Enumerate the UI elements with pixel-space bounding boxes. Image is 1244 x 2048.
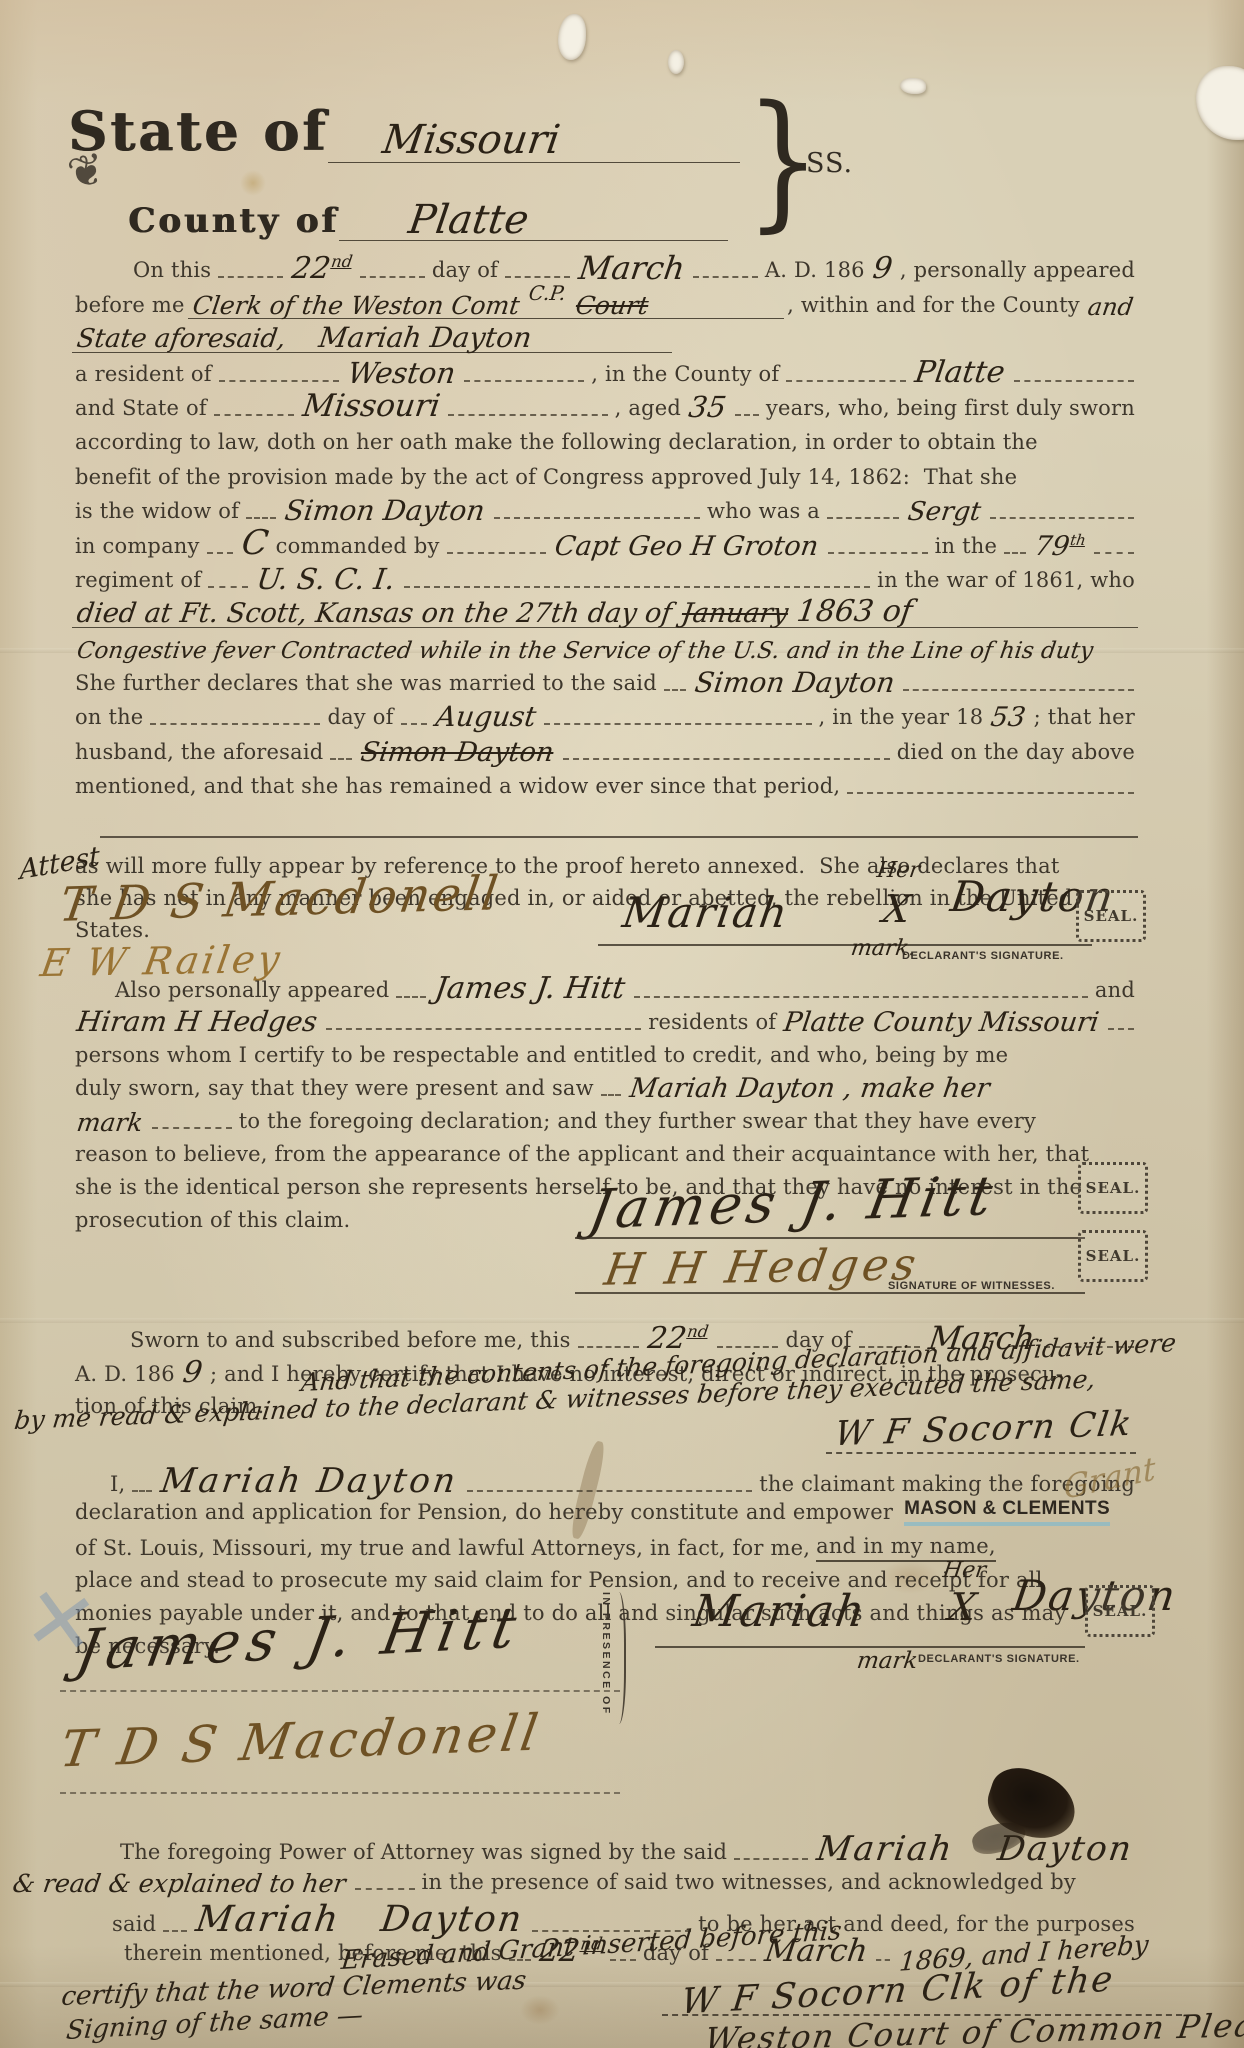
printed-text: place and stead to prosecute my said cla… xyxy=(75,1566,1043,1594)
her-label-handwritten: Her xyxy=(941,1560,987,1582)
witness-residence-handwritten: Platte County Missouri xyxy=(782,1009,1101,1036)
attorney-firm-name: MASON & CLEMENTS xyxy=(904,1498,1110,1526)
struck-word-handwritten: Court xyxy=(574,293,650,318)
seal-icon: SEAL. xyxy=(1076,890,1146,942)
dotted-rule xyxy=(1004,548,1026,554)
claimant-name-handwritten: Mariah Dayton xyxy=(317,324,533,352)
witness-signature-hedges: H H Hedges xyxy=(602,1243,923,1293)
dotted-rule xyxy=(246,513,276,519)
filled-rule: State aforesaid, Mariah Dayton xyxy=(72,324,672,353)
printed-text: and xyxy=(1095,976,1135,1004)
dotted-rule xyxy=(693,272,758,278)
witness2-name-handwritten: Hiram H Hedges xyxy=(75,1008,319,1036)
in-presence-of-label: IN PRESENCE OF xyxy=(600,1592,612,1724)
husband-name-handwritten: Simon Dayton xyxy=(360,739,556,766)
dotted-rule xyxy=(330,754,352,760)
printed-text: is the widow of xyxy=(75,497,239,525)
printed-text: in the presence of said two witnesses, a… xyxy=(422,1868,1076,1896)
stain xyxy=(520,1995,560,2025)
declarant-signature-caption: DECLARANT'S SIGNATURE. xyxy=(918,1653,1080,1665)
mark-word-handwritten: mark xyxy=(75,1110,144,1135)
printed-text: , within and for the County xyxy=(787,291,1080,319)
dotted-rule xyxy=(404,582,870,588)
dotted-rule xyxy=(214,410,294,416)
seal-icon: SEAL. xyxy=(1078,1230,1148,1282)
dotted-rule xyxy=(448,410,607,416)
witness-signature-macdonell: T D S Macdonell xyxy=(57,1707,545,1774)
paper-tear xyxy=(900,78,926,94)
dotted-rule xyxy=(396,992,426,998)
printed-text: to the foregoing declaration; and they f… xyxy=(239,1107,1036,1135)
dotted-rule xyxy=(152,1123,232,1129)
seal-icon: SEAL. xyxy=(1085,1585,1155,1637)
marriage-year-handwritten: 53 xyxy=(989,704,1027,731)
dotted-rule xyxy=(578,1342,640,1348)
claimant-name-handwritten: Mariah Dayton , make her xyxy=(628,1075,991,1102)
dotted-rule xyxy=(544,719,811,725)
dotted-rule xyxy=(990,513,1134,519)
dotted-rule xyxy=(828,548,928,554)
ack-line: & read & explained to her in the presenc… xyxy=(8,1868,1188,1896)
witness-signature-hitt: James J. Hitt xyxy=(585,1169,1001,1238)
declaration-line: according to law, doth on her oath make … xyxy=(72,422,1138,456)
declaration-line: before me Clerk of the Weston Comt C.P. … xyxy=(72,284,1138,318)
printed-text: Also personally appeared xyxy=(115,976,389,1004)
printed-text: years, who, being first duly sworn xyxy=(766,394,1135,422)
printed-text: on the xyxy=(75,703,143,731)
paper-tear xyxy=(558,14,586,60)
printed-text: Sworn to and subscribed before me, this xyxy=(130,1326,571,1354)
handwritten-word: and xyxy=(1086,295,1135,319)
printed-text: who was a xyxy=(707,497,820,525)
rank-handwritten: Sergt xyxy=(906,499,982,525)
witness-signature-caption: SIGNATURE OF WITNESSES. xyxy=(888,1280,1055,1292)
grant-overlay-handwritten: Grant xyxy=(1063,1452,1155,1504)
declarant-signature-caption: DECLARANT'S SIGNATURE. xyxy=(902,950,1064,962)
declaration-line: State aforesaid, Mariah Dayton xyxy=(72,319,1138,353)
declaration-line: She further declares that she was marrie… xyxy=(72,663,1138,697)
declaration-line: on the day of August , in the year 18 53… xyxy=(72,697,1138,731)
dotted-rule xyxy=(467,1486,752,1492)
regiment-number-handwritten: 79th xyxy=(1033,533,1087,560)
printed-text: said xyxy=(112,1910,156,1938)
printed-text: , in the County of xyxy=(591,360,779,388)
inserted-abbrev-handwritten: C.P. xyxy=(528,283,568,303)
filled-rule: died at Ft. Scott, Kansas on the 27th da… xyxy=(72,597,1138,628)
printed-text: of St. Louis, Missouri, my true and lawf… xyxy=(75,1534,810,1562)
claimant-first-handwritten: Mariah xyxy=(814,1832,955,1866)
dotted-rule xyxy=(734,1854,808,1860)
claimant-name-handwritten: Mariah Dayton xyxy=(159,1464,461,1498)
death-place-handwritten: died at Ft. Scott, Kansas on the 27th da… xyxy=(75,600,673,627)
dotted-rule xyxy=(207,548,233,554)
month-value-handwritten: March xyxy=(576,252,686,284)
ack-line: The foregoing Power of Attorney was sign… xyxy=(72,1832,1138,1866)
marriage-month-handwritten: August xyxy=(434,703,538,731)
printed-text: husband, the aforesaid xyxy=(75,738,323,766)
claimant-first-handwritten: Mariah xyxy=(194,1902,343,1938)
printed-text: in company xyxy=(75,532,200,560)
declarant-first-name-handwritten: Mariah xyxy=(690,1590,869,1634)
dotted-rule xyxy=(208,582,248,588)
dotted-rule xyxy=(847,788,1134,794)
dotted-rule xyxy=(876,1955,890,1961)
dotted-rule xyxy=(1014,376,1134,382)
printed-text: in the xyxy=(935,532,998,560)
printed-text: prosecution of this claim. xyxy=(75,1206,350,1234)
printed-text: , aged xyxy=(615,394,681,422)
county-value-handwritten: Platte xyxy=(406,200,531,240)
presence-brace-icon xyxy=(612,1592,626,1724)
state-handwritten: Missouri xyxy=(300,391,441,422)
handwritten-text: State aforesaid, xyxy=(75,326,287,352)
dotted-rule xyxy=(903,685,1134,691)
paper-tear xyxy=(1196,66,1244,140)
death-year-handwritten: 1863 of xyxy=(795,597,914,627)
scanned-pension-declaration-document: State of Missouri ❦ } SS. County of Plat… xyxy=(0,0,1244,2048)
filled-rule: Clerk of the Weston Comt C.P. Court xyxy=(188,293,785,319)
printed-text: before me xyxy=(75,291,185,319)
dotted-rule xyxy=(827,513,899,519)
declarant-x-mark: X xyxy=(946,1588,978,1626)
printed-text: On this xyxy=(133,256,211,284)
section-divider-rule xyxy=(100,836,1138,838)
printed-text: regiment of xyxy=(75,566,201,594)
dotted-rule xyxy=(505,272,570,278)
dotted-rule xyxy=(563,754,890,760)
state-value-handwritten: Missouri xyxy=(380,120,562,160)
printed-text: residents of xyxy=(648,1008,776,1036)
declaration-line: regiment of U. S. C. I. in the war of 18… xyxy=(72,560,1138,594)
declaration-line: Congestive fever Contracted while in the… xyxy=(72,628,1138,662)
printed-text: benefit of the provision made by the act… xyxy=(75,463,1017,491)
printed-text: according to law, doth on her oath make … xyxy=(75,428,1038,456)
claimant-last-handwritten: Dayton xyxy=(378,1902,525,1938)
in-presence-of-block: IN PRESENCE OF xyxy=(600,1592,626,1724)
declarant-x-mark: X xyxy=(880,890,912,928)
cause-of-death-handwritten: Congestive fever Contracted while in the… xyxy=(75,640,1094,663)
printed-text: A. D. 186 xyxy=(765,256,865,284)
her-label-handwritten: Her xyxy=(875,860,921,882)
year-digit-handwritten: 9 xyxy=(871,254,894,284)
declaration-line: in company C commanded by Capt Geo H Gro… xyxy=(72,525,1138,559)
printed-text: died on the day above xyxy=(897,738,1135,766)
dotted-rule xyxy=(1108,1024,1134,1030)
seal-icon: SEAL. xyxy=(1078,1162,1148,1214)
declaration-line: is the widow of Simon Dayton who was a S… xyxy=(72,491,1138,525)
struck-month-handwritten: January xyxy=(680,600,790,627)
printed-text: day of xyxy=(327,703,393,731)
declarant-signature-rule xyxy=(598,944,1092,946)
paper-tear xyxy=(668,50,684,74)
captain-name-handwritten: Capt Geo H Groton xyxy=(554,533,821,560)
printed-text: I, xyxy=(110,1470,125,1498)
dotted-rule xyxy=(355,1884,415,1890)
dotted-rule xyxy=(326,1024,641,1030)
dotted-rule xyxy=(735,410,759,416)
clerk-signature-handwritten: W F Socorn Clk xyxy=(833,1407,1135,1452)
header-county-row: County of Platte xyxy=(128,182,728,241)
declaration-body: On this 22nd day of March A. D. 186 9 , … xyxy=(72,250,1138,800)
dotted-rule xyxy=(716,1955,756,1961)
printed-text: commanded by xyxy=(276,532,440,560)
dotted-rule xyxy=(1094,548,1134,554)
declaration-line: a resident of Weston , in the County of … xyxy=(72,353,1138,387)
printed-text: , personally appeared xyxy=(900,256,1135,284)
printed-text: declaration and application for Pension,… xyxy=(75,1498,893,1526)
declaration-line: died at Ft. Scott, Kansas on the 27th da… xyxy=(72,594,1138,628)
year-digit-handwritten: 9 xyxy=(181,1358,204,1388)
dotted-rule xyxy=(664,685,686,691)
printed-text: duly sworn, say that they were present a… xyxy=(75,1074,594,1102)
dotted-rule xyxy=(464,376,584,382)
company-handwritten: C xyxy=(239,526,270,560)
age-handwritten: 35 xyxy=(687,393,728,422)
clerk-signature-rule xyxy=(826,1452,1136,1454)
poa-line: declaration and application for Pension,… xyxy=(72,1498,1150,1526)
printed-text: mentioned, and that she has remained a w… xyxy=(75,772,840,800)
printed-text: in the war of 1861, who xyxy=(877,566,1135,594)
declaration-line: and State of Missouri , aged 35 years, w… xyxy=(72,388,1138,422)
day-value-handwritten: 22nd xyxy=(290,254,354,284)
declarant-first-name-handwritten: Mariah xyxy=(620,892,792,934)
dotted-rule xyxy=(601,1090,621,1096)
ss-label: SS. xyxy=(806,148,853,179)
printed-text: and State of xyxy=(75,394,207,422)
dotted-rule xyxy=(494,513,700,519)
regiment-branch-handwritten: U. S. C. I. xyxy=(255,565,397,594)
dotted-rule xyxy=(447,548,547,554)
printed-text: The foregoing Power of Attorney was sign… xyxy=(120,1838,727,1866)
witness-signature-rule xyxy=(60,1690,620,1692)
declaration-line: benefit of the provision made by the act… xyxy=(72,456,1138,490)
residence-handwritten: Weston xyxy=(346,359,457,388)
dotted-rule xyxy=(132,1486,152,1492)
officer-title-handwritten: Clerk of the Weston Comt xyxy=(191,293,521,318)
witness-signature-rule xyxy=(60,1792,620,1794)
dotted-rule xyxy=(150,719,320,725)
dotted-rule xyxy=(218,272,283,278)
dotted-rule xyxy=(401,719,427,725)
witness-signature-rule xyxy=(575,1292,1085,1294)
printed-text: reason to believe, from the appearance o… xyxy=(75,1140,1089,1168)
dotted-rule xyxy=(163,1926,187,1932)
read-explained-handwritten: & read & explained to her xyxy=(11,1871,347,1896)
witness-signature-rule xyxy=(575,1237,1085,1239)
poa-line: I, Mariah Dayton the claimant making the… xyxy=(72,1464,1138,1498)
dotted-rule xyxy=(219,376,339,382)
printed-text: ; that her xyxy=(1034,703,1135,731)
printed-text: persons whom I certify to be respectable… xyxy=(75,1041,1008,1069)
witness-signature-macdonell: T D S Macdonell xyxy=(57,870,504,929)
dotted-rule xyxy=(634,992,1088,998)
state-of-label: State of xyxy=(68,99,328,163)
printed-text: a resident of xyxy=(75,360,212,388)
dotted-rule xyxy=(786,376,906,382)
witness1-name-handwritten: James J. Hitt xyxy=(433,974,627,1004)
printed-text: , in the year 18 xyxy=(819,703,984,731)
printed-text: A. D. 186 xyxy=(75,1360,175,1388)
claimant-last-handwritten: Dayton xyxy=(996,1832,1136,1866)
header-state-row: State of Missouri xyxy=(68,92,740,163)
dotted-rule xyxy=(360,272,425,278)
declaration-line: mentioned, and that she has remained a w… xyxy=(72,766,1138,800)
printed-text: She further declares that she was marrie… xyxy=(75,669,657,697)
county-of-label: County of xyxy=(128,201,339,241)
soldier-name-handwritten: Simon Dayton xyxy=(283,497,487,525)
husband-name-handwritten: Simon Dayton xyxy=(693,669,897,697)
printed-text: day of xyxy=(432,256,498,284)
declaration-line: On this 22nd day of March A. D. 186 9 , … xyxy=(72,250,1138,284)
county-handwritten: Platte xyxy=(913,358,1007,388)
mark-label-handwritten: mark xyxy=(855,1650,919,1673)
declaration-line: husband, the aforesaid Simon Dayton died… xyxy=(72,731,1138,765)
